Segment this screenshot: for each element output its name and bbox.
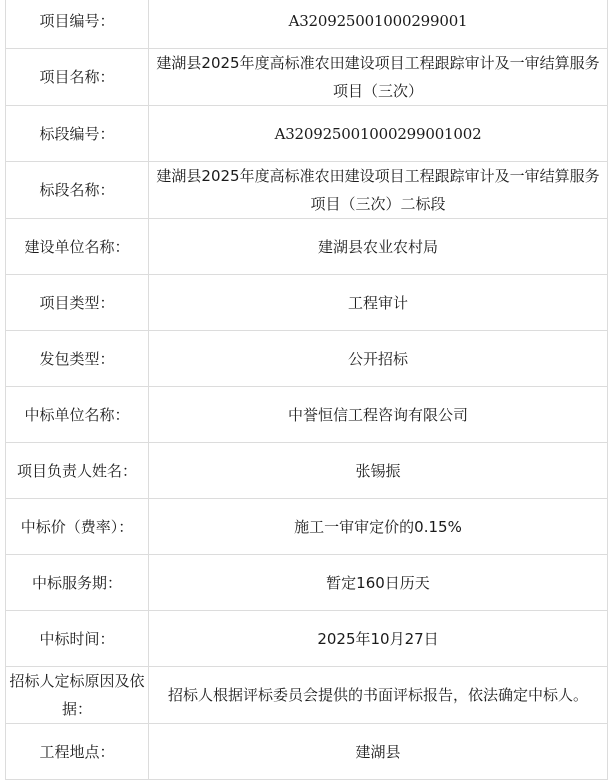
contract-type-value: 公开招标 bbox=[149, 331, 608, 387]
table-row: 工程地点： 建湖县 bbox=[6, 724, 608, 780]
bid-award-info-table: 项目编号： A320925001000299001 项目名称： 建湖县2025年… bbox=[5, 0, 608, 780]
project-name-value: 建湖县2025年度高标准农田建设项目工程跟踪审计及一审结算服务项目（三次） bbox=[149, 49, 608, 106]
project-number-label: 项目编号： bbox=[6, 0, 149, 49]
bid-price-label: 中标价（费率）： bbox=[6, 499, 149, 555]
table-row: 发包类型： 公开招标 bbox=[6, 331, 608, 387]
table-row: 中标单位名称： 中誉恒信工程咨询有限公司 bbox=[6, 387, 608, 443]
service-period-value: 暂定160日历天 bbox=[149, 555, 608, 611]
table-row: 建设单位名称： 建湖县农业农村局 bbox=[6, 219, 608, 275]
winning-bidder-value: 中誉恒信工程咨询有限公司 bbox=[149, 387, 608, 443]
table-row: 招标人定标原因及依据： 招标人根据评标委员会提供的书面评标报告，依法确定中标人。 bbox=[6, 667, 608, 724]
contract-type-label: 发包类型： bbox=[6, 331, 149, 387]
construction-unit-label: 建设单位名称： bbox=[6, 219, 149, 275]
award-reason-label: 招标人定标原因及依据： bbox=[6, 667, 149, 724]
table-row: 标段名称： 建湖县2025年度高标准农田建设项目工程跟踪审计及一审结算服务项目（… bbox=[6, 162, 608, 219]
project-manager-value: 张锡振 bbox=[149, 443, 608, 499]
bid-price-value: 施工一审审定价的0.15% bbox=[149, 499, 608, 555]
table-row: 项目类型： 工程审计 bbox=[6, 275, 608, 331]
lot-name-value: 建湖县2025年度高标准农田建设项目工程跟踪审计及一审结算服务项目（三次）二标段 bbox=[149, 162, 608, 219]
table-row: 项目名称： 建湖县2025年度高标准农田建设项目工程跟踪审计及一审结算服务项目（… bbox=[6, 49, 608, 106]
award-date-value: 2025年10月27日 bbox=[149, 611, 608, 667]
project-number-value: A320925001000299001 bbox=[149, 0, 608, 49]
project-name-label: 项目名称： bbox=[6, 49, 149, 106]
project-manager-label: 项目负责人姓名： bbox=[6, 443, 149, 499]
table-row: 中标时间： 2025年10月27日 bbox=[6, 611, 608, 667]
lot-number-label: 标段编号： bbox=[6, 106, 149, 162]
table-row: 中标服务期： 暂定160日历天 bbox=[6, 555, 608, 611]
award-reason-value: 招标人根据评标委员会提供的书面评标报告，依法确定中标人。 bbox=[149, 667, 608, 724]
table-row: 标段编号： A320925001000299001002 bbox=[6, 106, 608, 162]
project-location-value: 建湖县 bbox=[149, 724, 608, 780]
table-row: 项目负责人姓名： 张锡振 bbox=[6, 443, 608, 499]
project-type-value: 工程审计 bbox=[149, 275, 608, 331]
lot-number-value: A320925001000299001002 bbox=[149, 106, 608, 162]
award-date-label: 中标时间： bbox=[6, 611, 149, 667]
winning-bidder-label: 中标单位名称： bbox=[6, 387, 149, 443]
construction-unit-value: 建湖县农业农村局 bbox=[149, 219, 608, 275]
service-period-label: 中标服务期： bbox=[6, 555, 149, 611]
project-location-label: 工程地点： bbox=[6, 724, 149, 780]
table-row: 中标价（费率）： 施工一审审定价的0.15% bbox=[6, 499, 608, 555]
project-type-label: 项目类型： bbox=[6, 275, 149, 331]
table-row: 项目编号： A320925001000299001 bbox=[6, 0, 608, 49]
lot-name-label: 标段名称： bbox=[6, 162, 149, 219]
